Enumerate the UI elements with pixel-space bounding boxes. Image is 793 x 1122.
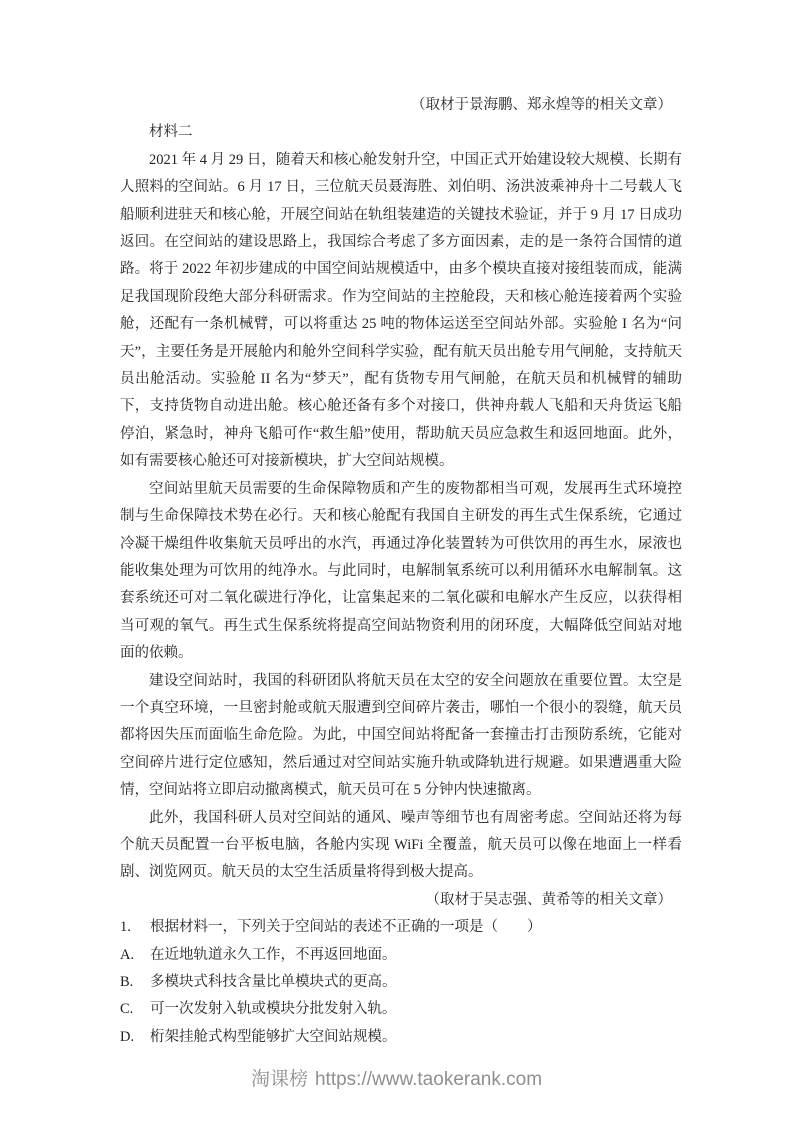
paragraph-space-station-construction: 2021 年 4 月 29 日，随着天和核心舱发射升空，中国正式开始建设较大规模… bbox=[120, 147, 682, 476]
paragraph-life-support-system: 空间站里航天员需要的生命保障物质和产生的废物都相当可观，发展再生式环境控制与生命… bbox=[120, 476, 682, 668]
exam-page: （取材于景海鹏、郑永煌等的相关文章） 材料二 2021 年 4 月 29 日，随… bbox=[0, 0, 793, 1122]
option-d-text: 桁架挂舱式构型能够扩大空间站规模。 bbox=[150, 1024, 682, 1051]
source-attribution-1: （取材于景海鹏、郑永煌等的相关文章） bbox=[120, 92, 682, 119]
option-c-label: C. bbox=[120, 996, 150, 1023]
option-c-text: 可一次发射入轨或模块分批发射入轨。 bbox=[150, 996, 682, 1023]
question-1-option-b: B. 多模块式科技含量比单模块式的更高。 bbox=[120, 969, 682, 996]
section-heading-material-2: 材料二 bbox=[120, 119, 682, 146]
source-attribution-2: （取材于吴志强、黄希等的相关文章） bbox=[120, 887, 682, 914]
question-1-option-c: C. 可一次发射入轨或模块分批发射入轨。 bbox=[120, 996, 682, 1023]
paragraph-living-quality: 此外，我国科研人员对空间站的通风、噪声等细节也有周密考虑。空间站还将为每个航天员… bbox=[120, 805, 682, 887]
paragraph-safety-system: 建设空间站时，我国的科研团队将航天员在太空的安全问题放在重要位置。太空是一个真空… bbox=[120, 668, 682, 805]
question-1: 1. 根据材料一，下列关于空间站的表述不正确的一项是（ ） bbox=[120, 914, 682, 941]
option-b-text: 多模块式科技含量比单模块式的更高。 bbox=[150, 969, 682, 996]
footer-brand: 淘课榜 bbox=[251, 1069, 308, 1090]
option-d-label: D. bbox=[120, 1024, 150, 1051]
footer-watermark: 淘课榜https://www.taokerank.com bbox=[0, 1064, 793, 1091]
question-1-number: 1. bbox=[120, 914, 150, 941]
question-1-option-a: A. 在近地轨道永久工作，不再返回地面。 bbox=[120, 942, 682, 969]
option-b-label: B. bbox=[120, 969, 150, 996]
document-body: （取材于景海鹏、郑永煌等的相关文章） 材料二 2021 年 4 月 29 日，随… bbox=[120, 92, 682, 1051]
option-a-label: A. bbox=[120, 942, 150, 969]
question-1-stem: 根据材料一，下列关于空间站的表述不正确的一项是（ ） bbox=[150, 914, 682, 941]
question-1-option-d: D. 桁架挂舱式构型能够扩大空间站规模。 bbox=[120, 1024, 682, 1051]
option-a-text: 在近地轨道永久工作，不再返回地面。 bbox=[150, 942, 682, 969]
footer-url: https://www.taokerank.com bbox=[315, 1069, 542, 1090]
